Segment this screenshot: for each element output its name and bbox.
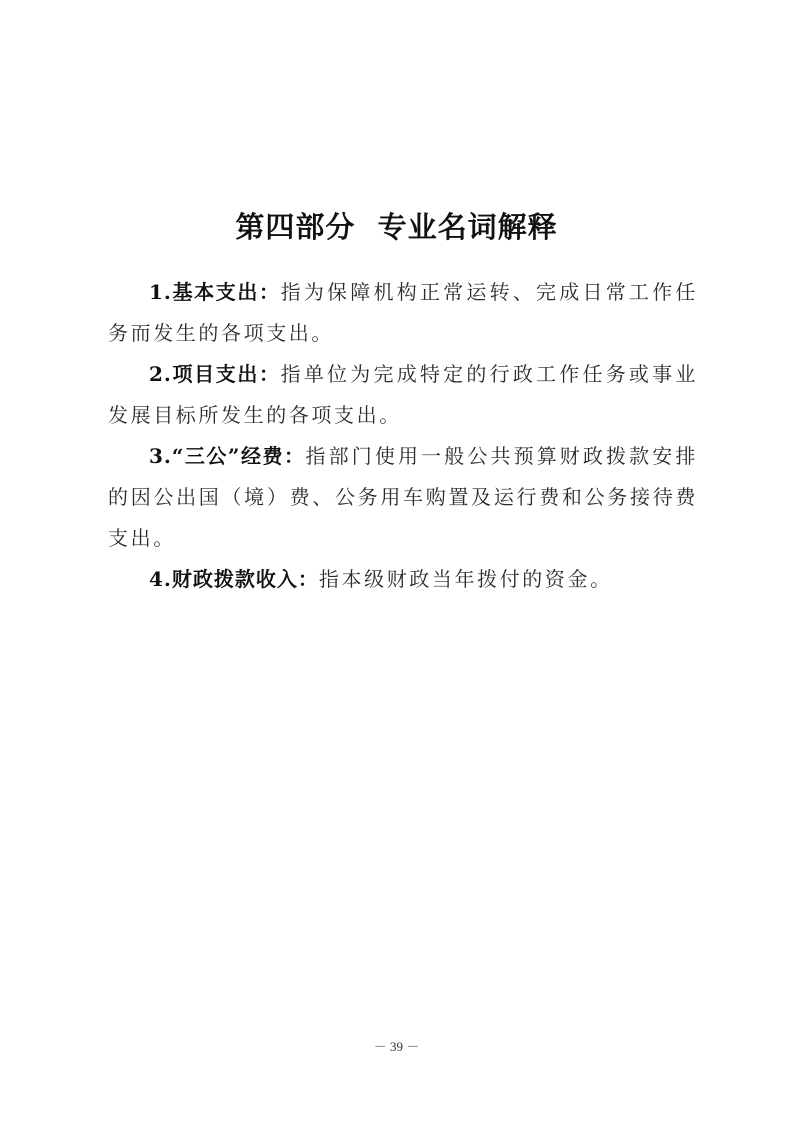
definition-basic-expenditure: 1.基本支出：指为保障机构正常运转、完成日常工作任务而发生的各项支出。 [108, 272, 698, 354]
page-title: 第四部分 专业名词解释 [0, 205, 793, 246]
definition-project-expenditure: 2.项目支出：指单位为完成特定的行政工作任务或事业发展目标所发生的各项支出。 [108, 354, 698, 436]
definition-description: 指本级财政当年拨付的资金。 [319, 567, 613, 591]
definition-three-public-funds: 3.“三公”经费：指部门使用一般公共预算财政拨款安排的因公出国（境）费、公务用车… [108, 436, 698, 559]
definition-term: 3.“三公”经费： [149, 444, 306, 468]
definition-term: 2.项目支出： [149, 362, 281, 386]
definition-fiscal-allocation-income: 4.财政拨款收入：指本级财政当年拨付的资金。 [108, 559, 698, 600]
definitions-list: 1.基本支出：指为保障机构正常运转、完成日常工作任务而发生的各项支出。 2.项目… [108, 272, 698, 600]
definition-term: 1.基本支出： [149, 280, 281, 304]
page-number: － 39 － [0, 1036, 793, 1055]
definition-term: 4.财政拨款收入： [149, 567, 319, 591]
